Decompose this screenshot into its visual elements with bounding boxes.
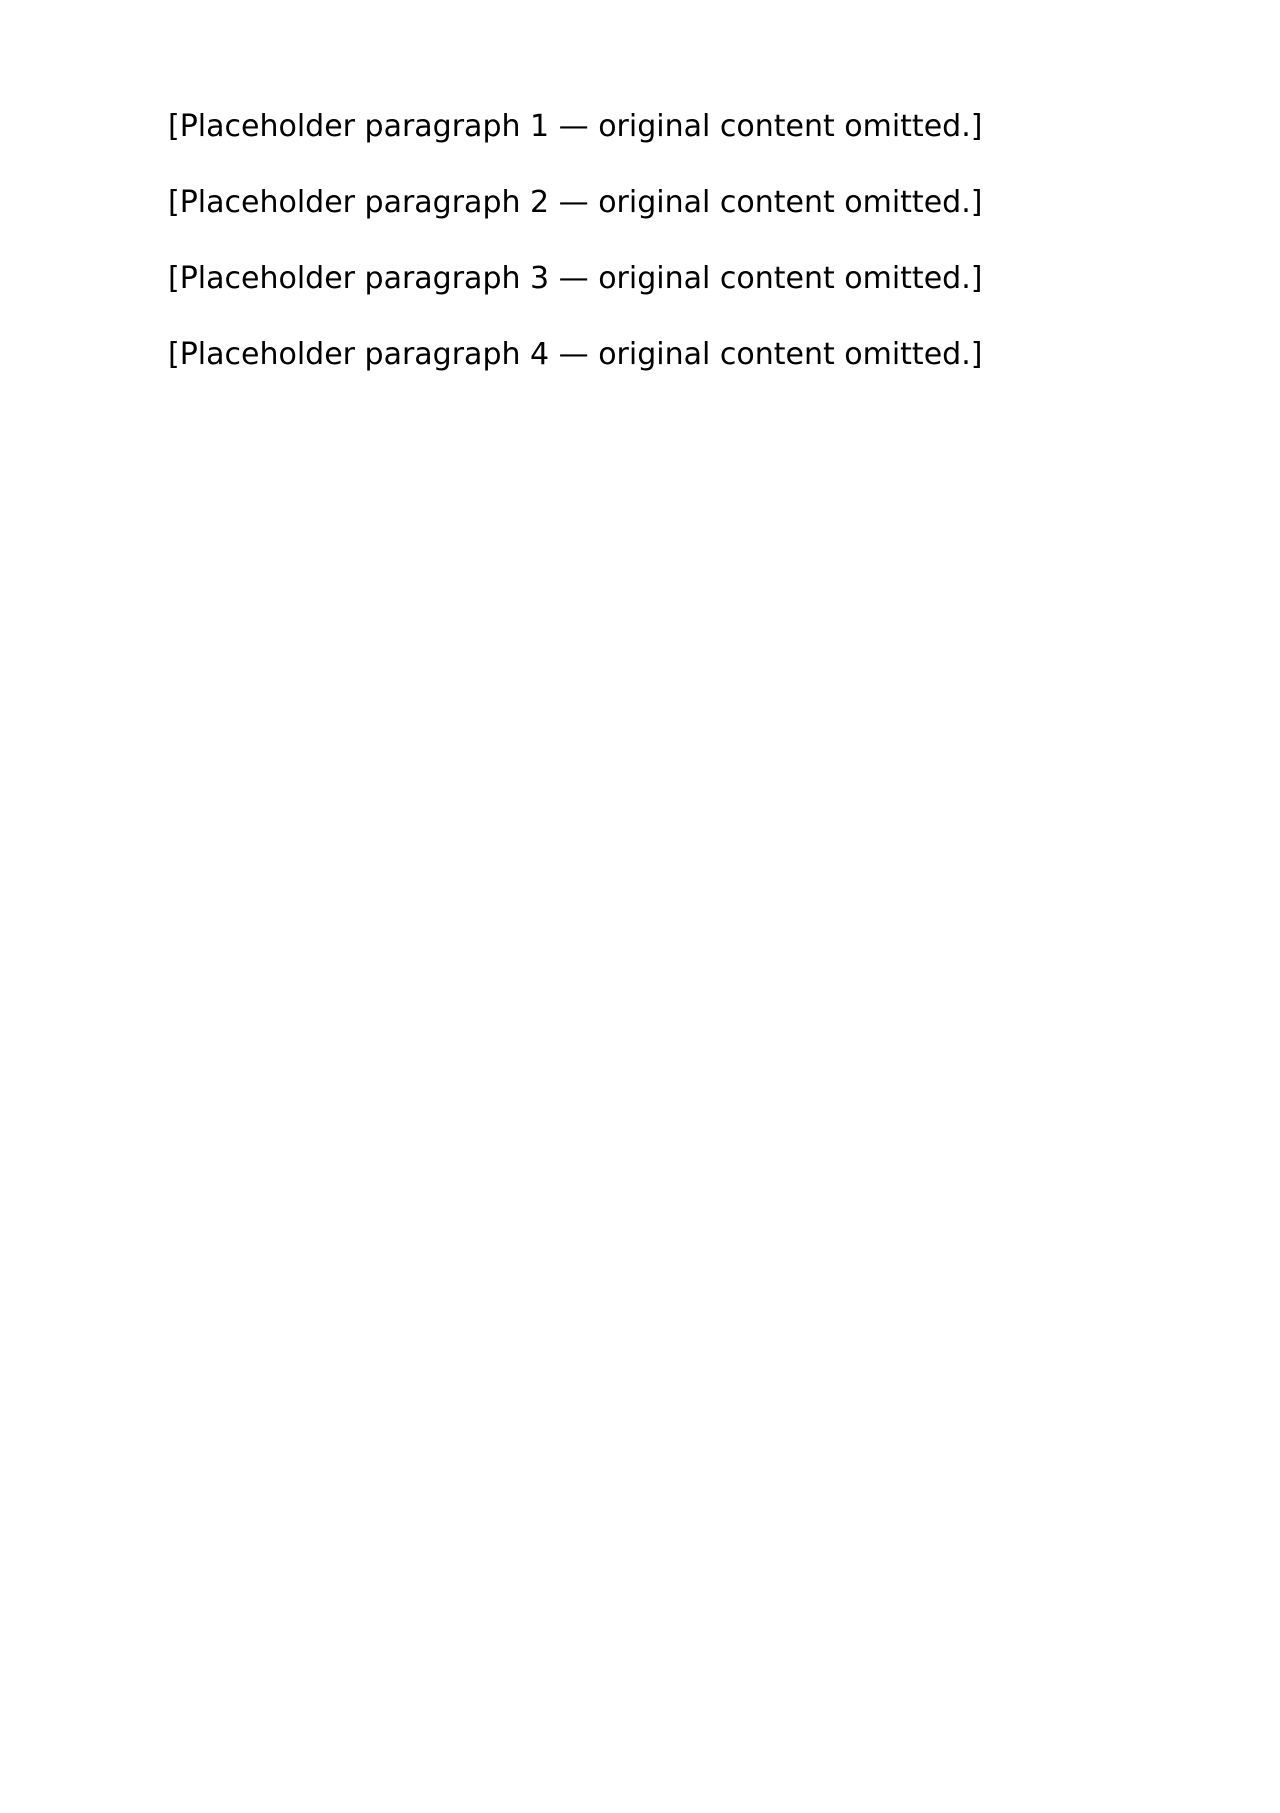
paragraph: [Placeholder paragraph 3 — original cont… (102, 260, 1182, 298)
document-page: [Placeholder paragraph 1 — original cont… (102, 108, 1182, 412)
paragraph: [Placeholder paragraph 1 — original cont… (102, 108, 1182, 146)
paragraph: [Placeholder paragraph 2 — original cont… (102, 184, 1182, 222)
paragraph: [Placeholder paragraph 4 — original cont… (102, 336, 1182, 374)
